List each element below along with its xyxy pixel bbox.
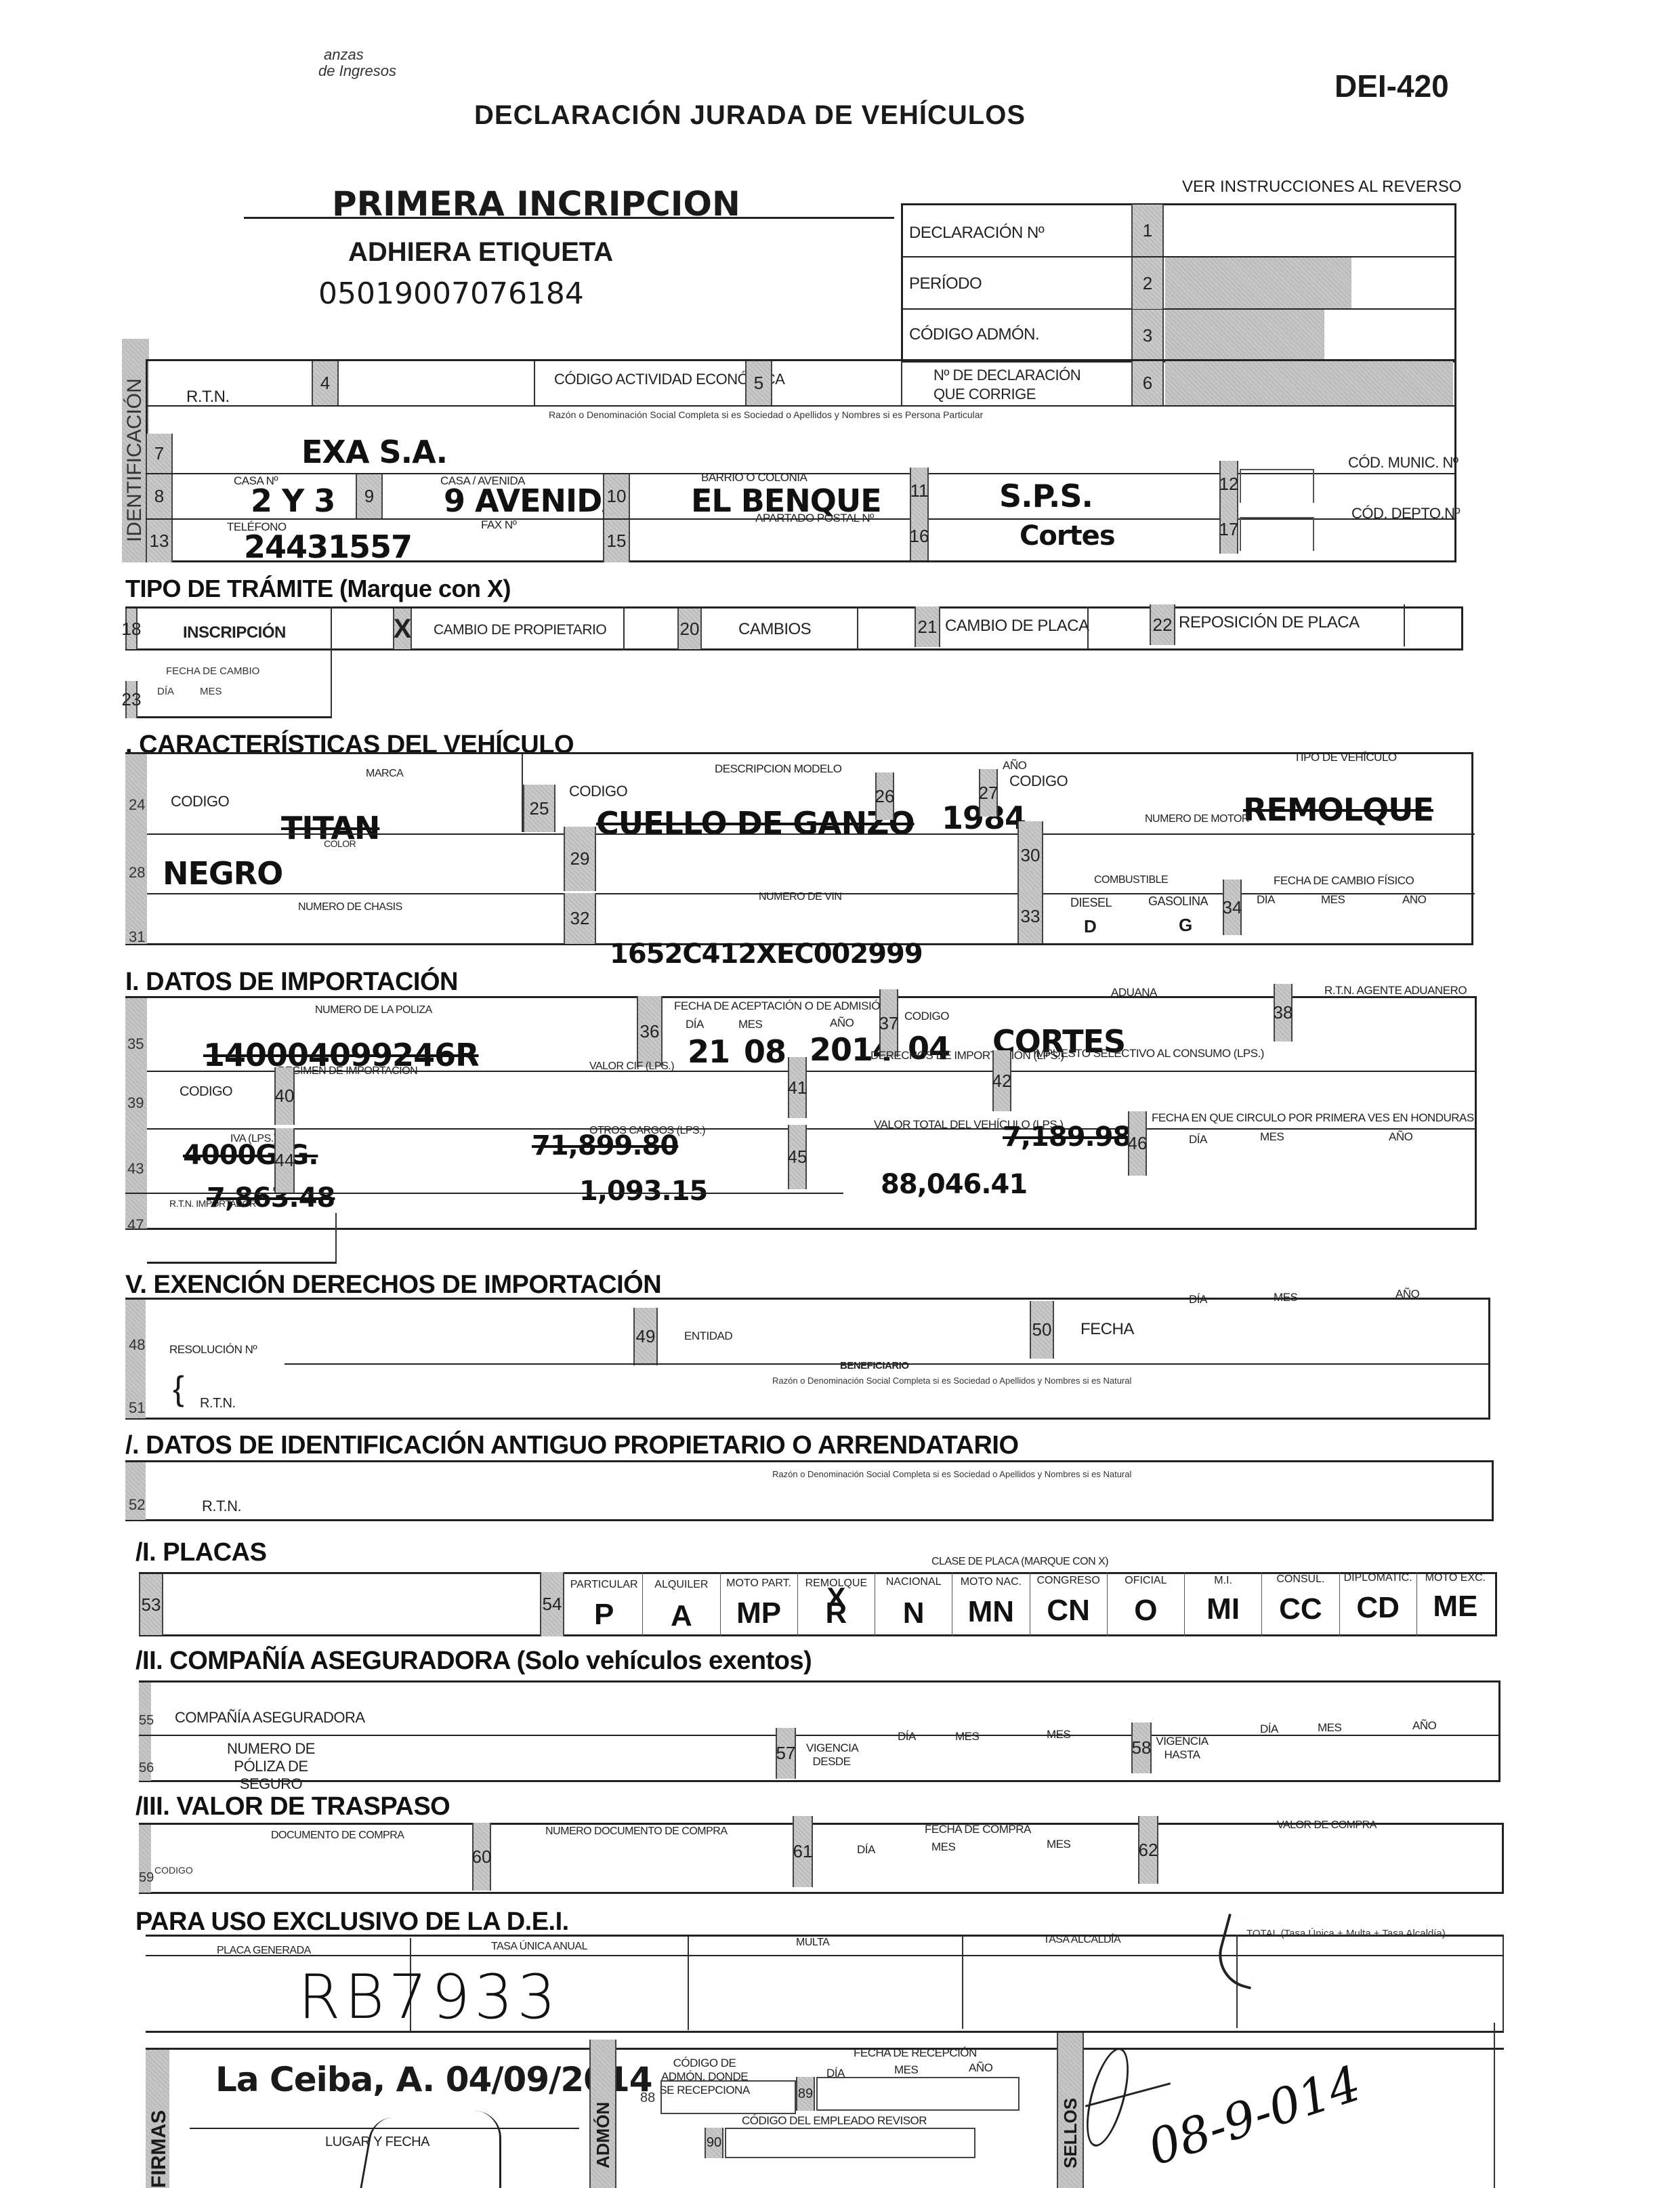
tramite-cambios-label: CAMBIOS (738, 620, 811, 639)
placa-option-nacional[interactable]: NACIONALN (875, 1572, 952, 1636)
documento-input[interactable] (152, 1844, 471, 1892)
poliza-seguro-label: NUMERO DE PÓLIZA DE SEGURO (203, 1740, 339, 1793)
placa-x-mark: X (798, 1582, 875, 1614)
fecha-aceptacion-anio-label: AÑO (830, 1016, 854, 1030)
tramite-reposicion-checkbox[interactable] (1405, 604, 1462, 645)
field-num-42: 42 (992, 1050, 1011, 1111)
cod-munic-input[interactable] (1240, 469, 1314, 503)
tasa-alcaldia-input[interactable] (969, 1958, 1233, 2029)
declaracion-label: DECLARACIÓN Nº (909, 224, 1044, 243)
field-num-44: 44 (274, 1128, 295, 1193)
dei-col-tasa-unica: TASA ÚNICA ANUAL (491, 1941, 587, 1953)
field-num-23: 23 (125, 681, 138, 718)
razon-hint: Razón o Denominación Social Completa si … (549, 409, 983, 420)
field-num-41: 41 (788, 1057, 807, 1118)
modelo-codigo-label: CODIGO (569, 783, 627, 800)
exencion-fecha-dia: DÍA (1189, 1293, 1207, 1306)
periodo-input[interactable] (1165, 257, 1351, 308)
field-num-51: 51 (129, 1399, 145, 1417)
field-num-38: 38 (1274, 984, 1293, 1041)
field-num-11: 11 (910, 468, 929, 514)
primera-circulacion-dia: DÍA (1189, 1133, 1207, 1147)
poliza-seguro-input[interactable] (410, 1736, 776, 1781)
field-num-8: 8 (146, 474, 173, 518)
marca-codigo-label: CODIGO (171, 793, 229, 810)
dei-col-multa: MULTA (796, 1937, 829, 1949)
placas-heading: /I. PLACAS (135, 1538, 266, 1567)
field-num-36: 36 (637, 996, 663, 1067)
field-num-1: 1 (1131, 205, 1164, 256)
corrige-input[interactable] (1165, 361, 1453, 405)
placa-option-moto-exc[interactable]: MOTO EXC.ME (1417, 1572, 1494, 1636)
placa-option-moto-nac[interactable]: MOTO NAC.MN (952, 1572, 1030, 1636)
codigo-admon-recepciona-input[interactable] (660, 2080, 796, 2114)
sellos-side-label: SELLOS (1060, 2098, 1081, 2168)
clase-placa-label: CLASE DE PLACA (Marque con X) (931, 1556, 1108, 1568)
field-num-49: 49 (633, 1308, 658, 1365)
resolucion-input[interactable] (285, 1311, 630, 1365)
fecha-compra-label: FECHA DE COMPRA (925, 1823, 1031, 1836)
field-num-20: 20 (677, 608, 702, 649)
field-num-45: 45 (788, 1125, 807, 1189)
vigencia-hasta-anio: AÑO (1412, 1719, 1436, 1733)
tramite-cambio-propietario-checkbox[interactable] (625, 608, 677, 649)
gasolina-option[interactable]: G (1179, 915, 1192, 936)
regimen-value[interactable]: 4000G.G. (183, 1140, 318, 1171)
fecha-aceptacion-mes-label: MES (738, 1018, 762, 1031)
stamp-number: 05019007076184 (318, 276, 584, 311)
dei-col-placa-generada: PLACA GENERADA (217, 1945, 311, 1957)
derechos-value[interactable]: 7,189.98 (1003, 1121, 1131, 1153)
apartado-label: APARTADO POSTAL Nº (755, 512, 874, 525)
field-num-89: 89 (796, 2077, 815, 2111)
fecha-recepcion-anio: AÑO (969, 2061, 992, 2075)
tramite-inscripcion-label: INSCRIPCIÓN (183, 623, 286, 642)
rtn-label: R.T.N. (186, 388, 230, 407)
field-num-60: 60 (472, 1823, 491, 1891)
dei-heading: PARA USO EXCLUSIVO DE LA D.E.I. (135, 1907, 569, 1937)
beneficiario-rtn-label: R.T.N. (200, 1396, 236, 1411)
dei-col-tasa-alcaldia: TASA ALCALDÍA (1043, 1934, 1120, 1946)
tramite-cambio-placa-label: CAMBIO DE PLACA (945, 617, 1089, 636)
placa-option-consul[interactable]: CONSUL.CC (1262, 1572, 1339, 1636)
field-num-47: 47 (127, 1216, 144, 1234)
fecha-cambio-fisico-input[interactable] (1243, 908, 1470, 942)
field-num-34: 34 (1223, 880, 1242, 935)
field-num-30: 30 (1017, 821, 1043, 889)
compania-label: COMPAÑÍA ASEGURADORA (175, 1709, 365, 1727)
tramite-reposicion-label: REPOSICIÓN DE PLACA (1179, 613, 1360, 632)
stamp-label: ADHIERA ETIQUETA (348, 237, 613, 268)
placa-option-alquiler[interactable]: ALQUILERA (643, 1572, 720, 1636)
field-num-25: 25 (523, 785, 555, 832)
empleado-revisor-input[interactable] (725, 2128, 975, 2158)
field-num-5: 5 (745, 361, 772, 405)
cif-label: VALOR CIF (LPS.) (589, 1060, 674, 1073)
field-num-19: X (393, 608, 412, 649)
rtn-agente-label: R.T.N. AGENTE ADUANERO (1324, 984, 1467, 997)
field-num-32: 32 (564, 893, 596, 944)
avenida-value[interactable]: 9 AVENIDA (444, 482, 625, 519)
field-num-52: 52 (129, 1496, 145, 1514)
cod-depto-label: CÓD. DEPTO.Nº (1351, 505, 1460, 522)
primera-circulacion-label: FECHA EN QUE CIRCULO POR PRIMERA VES EN … (1152, 1111, 1474, 1125)
agency-line-2: de Ingresos (318, 62, 396, 80)
field-num-61: 61 (793, 1816, 813, 1887)
vigencia-desde-dia: DÍA (898, 1730, 916, 1743)
antiguo-rtn-input[interactable] (285, 1474, 535, 1518)
placa-option-moto-part[interactable]: MOTO PART.MP (721, 1572, 798, 1636)
empleado-revisor-label: CÓDIGO DEL EMPLEADO REVISOR (742, 2114, 927, 2128)
exencion-fecha-mes: MES (1274, 1291, 1297, 1304)
cilindraje-input[interactable] (597, 835, 868, 892)
diesel-option[interactable]: D (1084, 916, 1097, 937)
field-num-54: 54 (540, 1572, 564, 1636)
field-num-17: 17 (1219, 505, 1238, 554)
resolucion-label: RESOLUCIÓN Nº (169, 1343, 257, 1357)
placa-option-remolque[interactable]: REMOLQUERX (798, 1572, 875, 1636)
compania-input[interactable] (406, 1684, 1497, 1725)
fecha-cambio-fisico-label: FECHA DE CAMBIO FÍSICO (1274, 874, 1414, 888)
poliza-label: NUMERO DE LA POLIZA (315, 1004, 432, 1016)
field-num-31: 31 (129, 928, 145, 946)
primera-circulacion-anio: AÑO (1389, 1130, 1412, 1144)
fax-label: FAX Nº (481, 518, 516, 532)
field-num-26: 26 (875, 772, 894, 820)
modelo-label: DESCRIPCION MODELO (715, 762, 841, 776)
placa-option-diplomatic[interactable]: DIPLOMATIC.CD (1340, 1572, 1417, 1636)
placa-option-oficial[interactable]: OFICIALO (1108, 1572, 1185, 1636)
valor-compra-label: VALOR DE COMPRA (1277, 1819, 1377, 1832)
numero-documento-input[interactable] (492, 1843, 791, 1892)
anio-label: AÑO (1003, 759, 1026, 772)
cif-value[interactable]: 71,899.80 (532, 1130, 678, 1161)
documento-label: DOCUMENTO DE COMPRA (271, 1830, 404, 1842)
form-title: DECLARACIÓN JURADA DE VEHÍCULOS (474, 100, 1026, 131)
valor-compra-input[interactable] (1160, 1836, 1502, 1887)
beneficiario-hint: Razón o Denominación Social Completa si … (772, 1376, 1131, 1386)
field-num-9: 9 (356, 474, 383, 518)
agency-line-1: anzas (324, 46, 364, 64)
beneficiario-rtn-input[interactable] (285, 1386, 535, 1418)
regimen-codigo-label: CODIGO (180, 1084, 232, 1100)
ciudad-value[interactable]: S.P.S. (999, 478, 1093, 514)
numero-documento-label: NUMERO DOCUMENTO DE COMPRA (545, 1825, 728, 1838)
rtn-input[interactable] (340, 361, 533, 405)
diesel-label: DIESEL (1070, 896, 1112, 910)
chasis-label: NUMERO DE CHASIS (298, 901, 402, 913)
field-num-53: 53 (139, 1574, 163, 1635)
periodo-label: PERÍODO (909, 274, 982, 293)
vigencia-desde-label: VIGENCIA DESDE (806, 1741, 857, 1769)
vin-value[interactable]: 1652C412XEC002999 (610, 938, 923, 970)
exencion-fecha-label: FECHA (1080, 1320, 1134, 1339)
field-num-37: 37 (879, 989, 898, 1057)
vigencia-desde-input[interactable] (867, 1745, 1125, 1777)
traspaso-heading: /III. VALOR DE TRASPASO (135, 1792, 450, 1821)
signature-icon (1078, 2044, 1137, 2151)
aduana-codigo-label: CODIGO (904, 1010, 949, 1023)
exencion-fecha-anio: AÑO (1395, 1287, 1419, 1301)
fecha-recepcion-input[interactable] (816, 2077, 1020, 2111)
vigencia-hasta-mes: MES (1318, 1721, 1341, 1735)
field-num-15: 15 (603, 520, 630, 562)
field-num-18: 18 (125, 608, 138, 649)
declaracion-input[interactable] (1165, 205, 1453, 256)
casa-value[interactable]: 2 Y 3 (251, 482, 335, 519)
field-num-4: 4 (312, 361, 339, 405)
tramite-cambio-placa-checkbox[interactable] (1089, 606, 1150, 647)
vigencia-hasta-dia: DÍA (1260, 1722, 1278, 1736)
antiguo-nombre-input[interactable] (539, 1474, 1490, 1518)
field-num-3: 3 (1131, 310, 1164, 361)
otros-value[interactable]: 1,093.15 (579, 1176, 707, 1207)
fecha-compra-mes: MES (931, 1840, 955, 1854)
field-num-62: 62 (1138, 1816, 1158, 1884)
actividad-input[interactable] (774, 361, 896, 405)
vin-label: NUMERO DE VIN (759, 891, 841, 903)
field-num-58: 58 (1131, 1722, 1152, 1773)
field-num-40: 40 (274, 1067, 295, 1125)
depto-value[interactable]: Cortes (1020, 520, 1115, 552)
field-num-50: 50 (1030, 1301, 1054, 1359)
gasolina-label: GASOLINA (1148, 894, 1208, 909)
field-num-90: 90 (705, 2128, 723, 2158)
field-num-48: 48 (129, 1336, 145, 1354)
signature-mark-2 (474, 2111, 501, 2188)
entidad-label: ENTIDAD (684, 1329, 732, 1343)
selectivo-label: IMPUESTO SELECTIVO AL CONSUMO (LPS.) (1033, 1047, 1264, 1060)
field-num-88: 88 (640, 2090, 655, 2106)
tipo-label: TIPO DE VEHÍCULO (1294, 751, 1397, 764)
field-num-21: 21 (915, 606, 940, 647)
fecha-cambio-fisico-mes: MES (1321, 893, 1345, 907)
codigo-admon-label: CÓDIGO ADMÓN. (909, 325, 1039, 344)
fecha-compra-input[interactable] (814, 1857, 1136, 1889)
instructions-note: VER INSTRUCCIONES AL REVERSO (1182, 178, 1462, 197)
form-code: DEI-420 (1335, 68, 1449, 104)
field-num-35: 35 (127, 1035, 144, 1053)
fecha-aceptacion-label: FECHA DE ACEPTACIÓN O DE ADMISIÓN (674, 999, 888, 1013)
field-num-24: 24 (129, 796, 145, 814)
fecha-cambio-input[interactable] (139, 698, 329, 717)
regimen-label: REGIMEN DE IMPORTACION (278, 1065, 417, 1077)
handwritten-date: 08-9-014 (1141, 2055, 1368, 2176)
fecha-cambio-dia: DÍA (157, 686, 174, 697)
fecha-recepcion-mes: MES (894, 2063, 918, 2077)
field-num-10: 10 (603, 474, 630, 518)
field-num-6: 6 (1131, 361, 1164, 405)
fecha-cambio-mes: MES (200, 686, 222, 697)
cod-munic-label: CÓD. MUNIC. Nº (1348, 454, 1458, 472)
placa-option-mi[interactable]: M.I.MI (1185, 1572, 1262, 1636)
rtn-agente-input[interactable] (1294, 1003, 1473, 1040)
field-num-59: 59 (139, 1870, 154, 1886)
fecha-compra-dia: DÍA (857, 1843, 875, 1857)
field-num-27: 27 (979, 769, 998, 817)
field-num-55: 55 (139, 1713, 154, 1729)
color-label: COLOR (324, 838, 356, 849)
razon-social-value[interactable]: EXA S.A. (301, 434, 447, 470)
tramite-x-mark[interactable]: X (394, 614, 412, 644)
field-num-43: 43 (127, 1160, 144, 1178)
placa-option-particular[interactable]: PARTICULARP (566, 1572, 643, 1636)
marca-label: MARCA (366, 768, 403, 780)
combustible-label: COMBUSTIBLE (1094, 874, 1168, 886)
color-value[interactable]: NEGRO (163, 855, 282, 892)
telefono-value[interactable]: 24431557 (244, 529, 412, 565)
beneficiario-nombre-input[interactable] (539, 1386, 1487, 1418)
codigo-admon-input[interactable] (1165, 310, 1324, 361)
tramite-cambio-propietario-label: CAMBIO DE PROPIETARIO (434, 622, 606, 638)
selectivo-input[interactable] (1013, 1064, 1473, 1111)
rtn-importador-input[interactable] (147, 1213, 337, 1264)
field-num-13: 13 (146, 520, 173, 562)
field-num-7: 7 (146, 434, 173, 473)
fecha-compra-mes2: MES (1047, 1838, 1070, 1851)
placa-actual-input[interactable] (165, 1599, 537, 1634)
admon-side-label: ADMÓN (593, 2102, 614, 2168)
primera-circulacion-input[interactable] (1148, 1145, 1473, 1176)
aduana-label: ADUANA (1111, 986, 1157, 999)
firmas-side-label: FIRMAS (148, 2110, 171, 2188)
field-num-33: 33 (1017, 889, 1043, 943)
field-num-16: 16 (910, 512, 929, 560)
field-num-22: 22 (1150, 604, 1175, 645)
brace-icon: { (173, 1369, 184, 1408)
field-num-57: 57 (776, 1728, 796, 1779)
field-num-12: 12 (1219, 461, 1238, 507)
field-num-28: 28 (129, 864, 145, 882)
tipo-codigo-label: CODIGO (1009, 772, 1068, 790)
corrige-label: Nº DE DECLARACIÓN QUE CORRIGE (933, 366, 1110, 404)
vigencia-hasta-input[interactable] (1219, 1736, 1497, 1773)
tasa-unica-input[interactable] (420, 1958, 688, 2029)
fecha-aceptacion-dia[interactable]: 21 (688, 1033, 730, 1070)
fecha-recepcion-label: FECHA DE RECEPCIÓN (854, 2046, 977, 2060)
motor-label: NUMERO DE MOTOR (1145, 813, 1249, 825)
placa-option-congreso[interactable]: CONGRESOCN (1030, 1572, 1108, 1636)
field-num-46: 46 (1128, 1111, 1147, 1176)
fecha-aceptacion-dia-label: DÍA (686, 1018, 704, 1031)
dei-col-total: TOTAL (Tasa Única + Multa + Tasa Alcaldí… (1246, 1928, 1446, 1939)
field-num-39: 39 (127, 1094, 144, 1112)
tramite-inscripcion-checkbox[interactable] (332, 608, 393, 649)
chasis-input[interactable] (147, 915, 562, 943)
primera-circulacion-mes: MES (1260, 1130, 1284, 1144)
cod-depto-input[interactable] (1240, 517, 1314, 551)
tipo-value[interactable]: REMOLQUE (1243, 791, 1433, 828)
rtn-importador-label: R.T.N. IMPORTADOR (169, 1198, 256, 1209)
fecha-aceptacion-mes[interactable]: 08 (744, 1033, 786, 1070)
aseguradora-heading: /II. COMPAÑÍA ASEGURADORA (Solo vehículo… (135, 1647, 812, 1676)
field-num-29: 29 (564, 827, 596, 891)
vigencia-desde-mes: MES (955, 1730, 979, 1743)
antiguo-heading: /. DATOS DE IDENTIFICACIÓN ANTIGUO PROPI… (125, 1431, 1019, 1460)
fecha-cambio-fisico-anio: AÑO (1402, 893, 1426, 907)
antiguo-rtn-label: R.T.N. (202, 1498, 241, 1515)
tramite-cambios-checkbox[interactable] (858, 608, 915, 649)
exencion-fecha-input[interactable] (1155, 1308, 1487, 1355)
field-num-2: 2 (1131, 257, 1164, 309)
tramite-heading: TIPO DE TRÁMITE (Marque con X) (125, 575, 511, 603)
clase-placa-row: PARTICULARP ALQUILERA MOTO PART.MP REMOL… (566, 1572, 1494, 1636)
identificacion-side-label: IDENTIFICACIÓN (123, 378, 146, 542)
exencion-heading: V. EXENCIÓN DERECHOS DE IMPORTACIÓN (125, 1271, 661, 1300)
multa-input[interactable] (698, 1958, 959, 2029)
lugar-fecha-value[interactable]: La Ceiba, A. 04/09/2014 (215, 2060, 652, 2099)
vigencia-desde-mes2: MES (1047, 1728, 1070, 1741)
fecha-cambio-label: FECHA DE CAMBIO (166, 665, 259, 677)
entidad-input[interactable] (759, 1311, 1030, 1365)
vigencia-hasta-label: VIGENCIA HASTA (1155, 1735, 1209, 1762)
field-num-56: 56 (139, 1760, 154, 1776)
importacion-heading: I. DATOS DE IMPORTACIÓN (125, 968, 458, 997)
total-value[interactable]: 88,046.41 (881, 1169, 1027, 1200)
beneficiario-label: BENEFICIARIO (840, 1360, 909, 1371)
fecha-cambio-fisico-dia: DÍA (1257, 893, 1275, 907)
